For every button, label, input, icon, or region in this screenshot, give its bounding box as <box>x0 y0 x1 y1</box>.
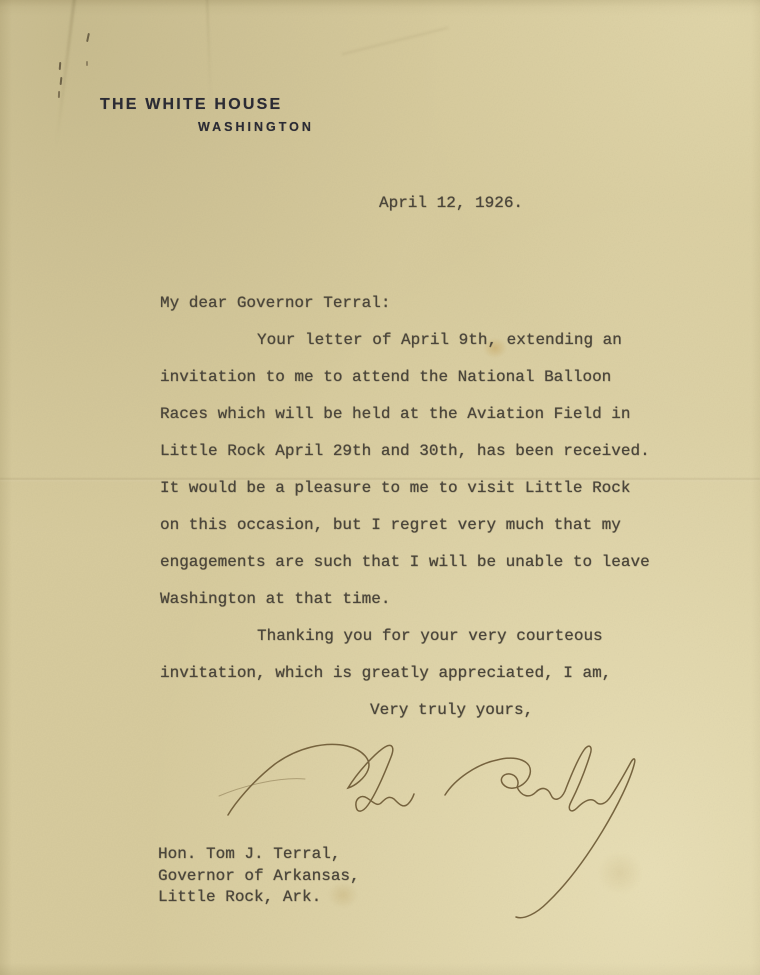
ink-mark <box>86 61 88 66</box>
paper-stain <box>598 852 642 894</box>
letter-body: My dear Governor Terral: Your letter of … <box>160 285 700 729</box>
ink-mark <box>58 91 60 98</box>
ink-mark <box>86 33 90 42</box>
paper-crease <box>206 0 212 111</box>
recipient-title: Governor of Arkansas, <box>158 866 360 888</box>
recipient-city: Little Rock, Ark. <box>158 887 360 909</box>
typed-line: invitation to me to attend the National … <box>160 359 700 396</box>
letterhead-subtitle: WASHINGTON <box>198 120 314 134</box>
letterhead-title: THE WHITE HOUSE <box>100 96 282 114</box>
date-line: April 12, 1926. <box>379 194 523 212</box>
salutation: My dear Governor Terral: <box>160 285 700 322</box>
typed-line: engagements are such that I will be unab… <box>160 544 700 581</box>
closing-line: Very truly yours, <box>160 692 700 729</box>
recipient-block: Hon. Tom J. Terral, Governor of Arkansas… <box>158 844 360 909</box>
ink-mark <box>60 77 63 85</box>
typed-line: Thanking you for your very courteous <box>160 618 700 655</box>
signature-calvin-coolidge-icon <box>205 733 665 943</box>
paper-crease <box>55 0 76 146</box>
ink-mark <box>59 62 62 70</box>
typed-line: It would be a pleasure to me to visit Li… <box>160 470 700 507</box>
paper-crease <box>341 27 448 56</box>
typed-line: invitation, which is greatly appreciated… <box>160 655 700 692</box>
typed-line: Your letter of April 9th, extending an <box>160 322 700 359</box>
letter-scan: THE WHITE HOUSE WASHINGTON April 12, 192… <box>0 0 760 975</box>
typed-line: Washington at that time. <box>160 581 700 618</box>
recipient-name: Hon. Tom J. Terral, <box>158 844 360 866</box>
typed-line: on this occasion, but I regret very much… <box>160 507 700 544</box>
typed-line: Races which will be held at the Aviation… <box>160 396 700 433</box>
typed-line: Little Rock April 29th and 30th, has bee… <box>160 433 700 470</box>
